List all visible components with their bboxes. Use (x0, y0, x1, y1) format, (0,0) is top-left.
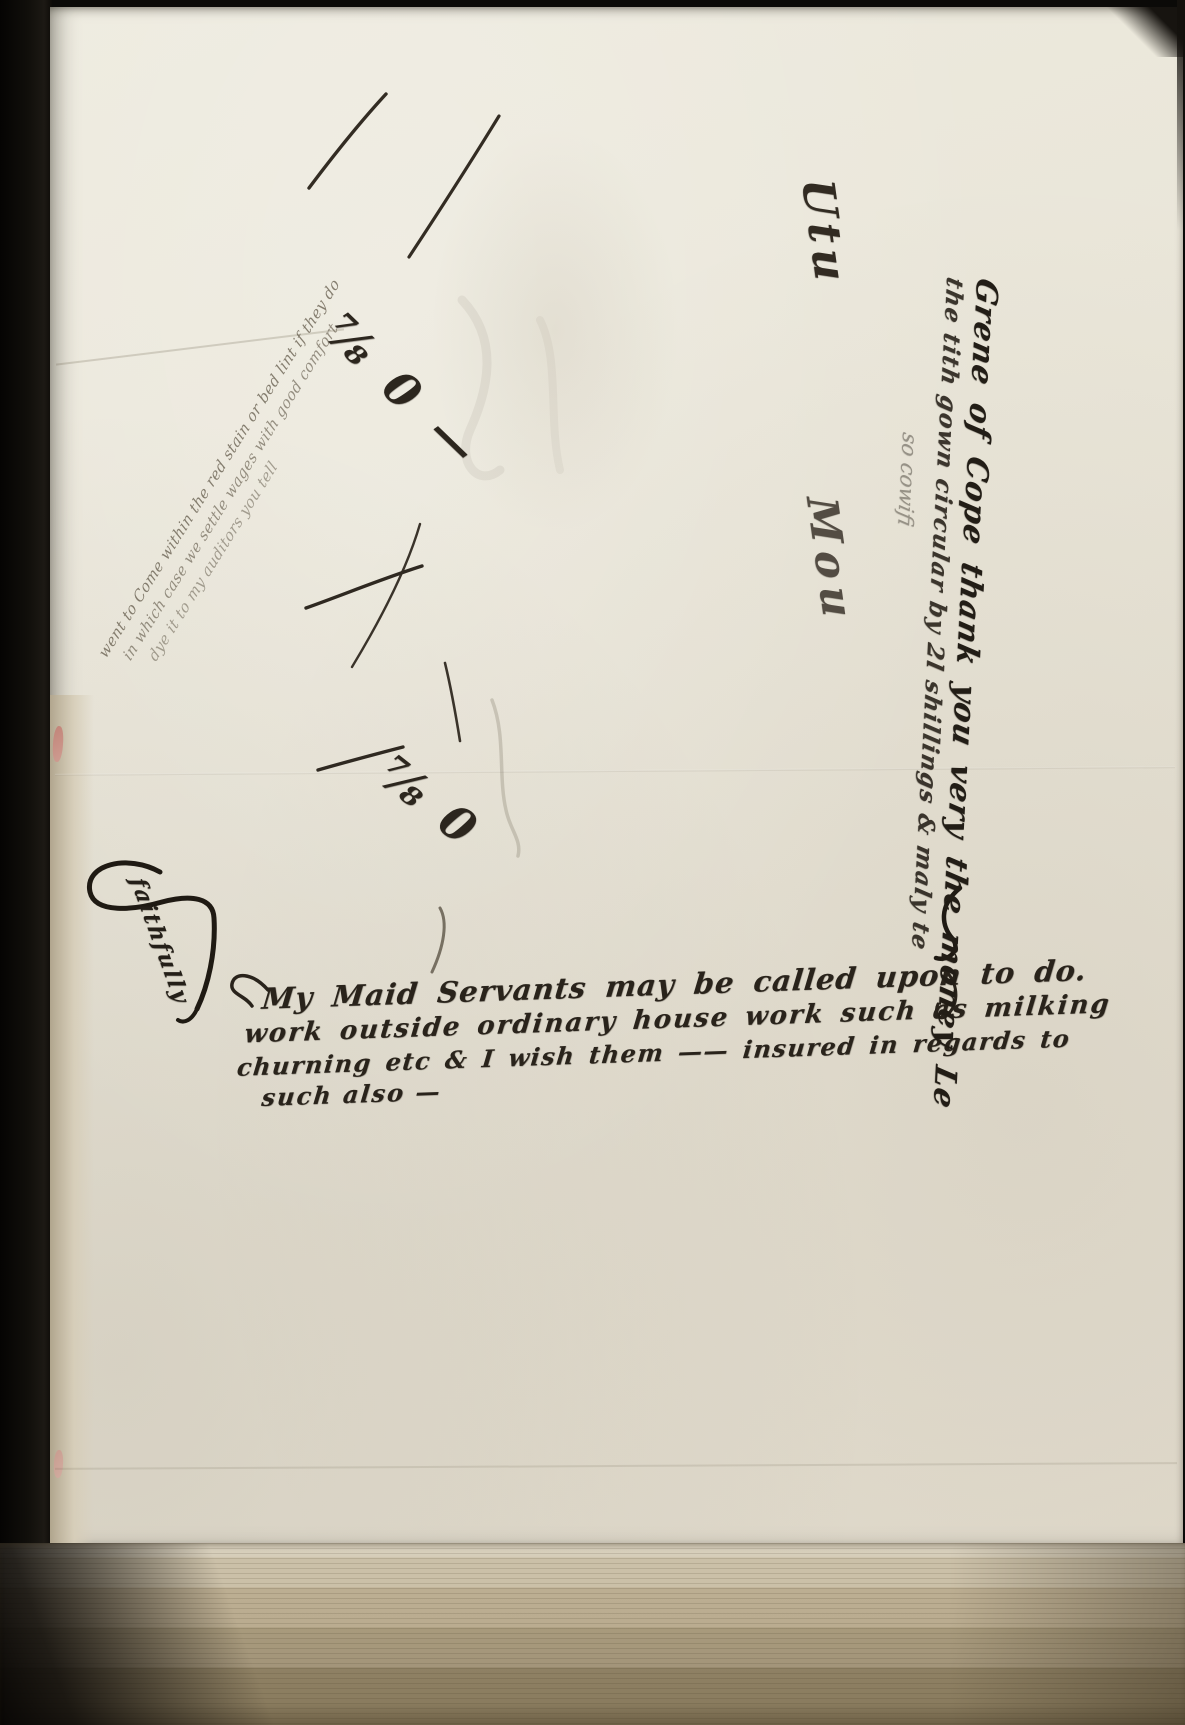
right-margin-line-faint: so cowifi (893, 430, 922, 529)
page-stack-edges (0, 1543, 1185, 1725)
right-edge-shadow (1177, 0, 1185, 230)
page-corner-shadow (1105, 7, 1183, 57)
scanned-page-photo: My Maid Servants may be called upon to d… (0, 0, 1185, 1725)
page-left-edge (50, 695, 94, 1543)
show-through-patch (430, 125, 680, 535)
book-binding (0, 0, 52, 1725)
